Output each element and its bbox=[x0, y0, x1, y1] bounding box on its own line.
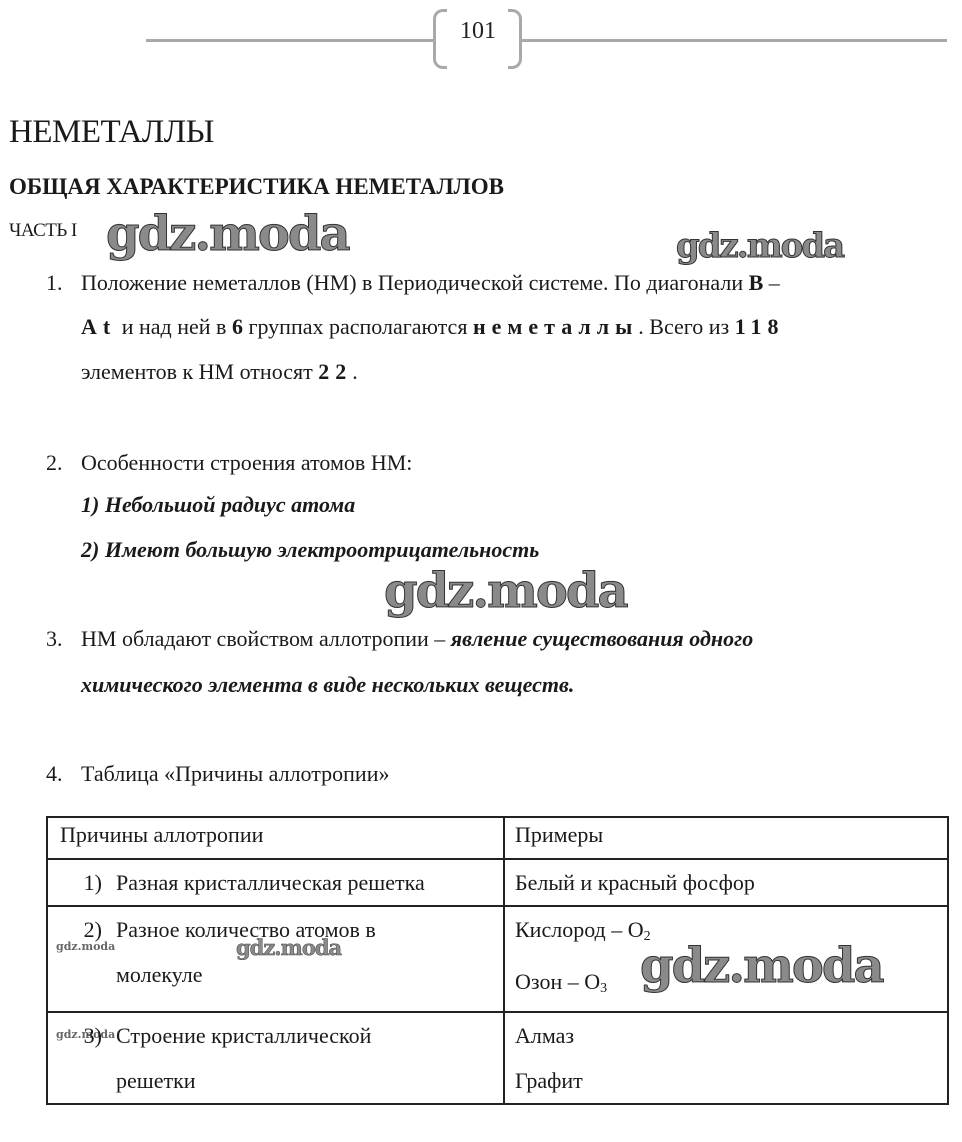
reason-cell: 3) Строение кристаллической решетки bbox=[47, 1012, 504, 1104]
page-title: НЕМЕТАЛЛЫ bbox=[9, 114, 214, 151]
header-rule-left bbox=[146, 39, 436, 42]
table-header-cell: Примеры bbox=[504, 817, 948, 859]
reason-cell: 1) Разная кристаллическая решетка bbox=[47, 859, 504, 906]
page-number-bracket-left bbox=[433, 9, 447, 69]
item1-line2: At и над ней в 6 группах располагаются н… bbox=[81, 314, 785, 340]
item-number: 1. bbox=[46, 270, 63, 296]
allotropy-table: Причины аллотропии Примеры 1) Разная кри… bbox=[46, 816, 949, 1105]
part-label: ЧАСТЬ I bbox=[9, 220, 77, 242]
watermark: gdz.moda bbox=[676, 226, 843, 266]
header-rule-right bbox=[521, 39, 947, 42]
item2-sub2: 2) Имеют большую электроотрицательность bbox=[81, 537, 539, 563]
page-number: 101 bbox=[447, 18, 509, 45]
table-header-cell: Причины аллотропии bbox=[47, 817, 504, 859]
reason-cell: 2) Разное количество атомов в молекуле bbox=[47, 906, 504, 1012]
table-header-row: Причины аллотропии Примеры bbox=[47, 817, 948, 859]
example-cell: Белый и красный фосфор bbox=[504, 859, 948, 906]
item2-sub1: 1) Небольшой радиус атома bbox=[81, 492, 355, 518]
example-cell: Алмаз Графит bbox=[504, 1012, 948, 1104]
table-row: 3) Строение кристаллической решетки Алма… bbox=[47, 1012, 948, 1104]
section-title: ОБЩАЯ ХАРАКТЕРИСТИКА НЕМЕТАЛЛОВ bbox=[9, 174, 504, 200]
item-number: 3. bbox=[46, 626, 63, 652]
page-number-bracket-right bbox=[508, 9, 522, 69]
item4-text: Таблица «Причины аллотропии» bbox=[81, 761, 389, 787]
item3-line1: НМ обладают свойством аллотропии – явлен… bbox=[81, 626, 753, 652]
watermark: gdz.moda bbox=[106, 206, 349, 262]
item-number: 2. bbox=[46, 450, 63, 476]
item3-line2: химического элемента в виде нескольких в… bbox=[81, 672, 574, 698]
item-number: 4. bbox=[46, 761, 63, 787]
watermark: gdz.moda bbox=[384, 563, 627, 619]
example-cell: Кислород – O2 Озон – O3 bbox=[504, 906, 948, 1012]
table-row: 1) Разная кристаллическая решетка Белый … bbox=[47, 859, 948, 906]
item2-text: Особенности строения атомов НМ: bbox=[81, 450, 412, 476]
item1-line1: Положение неметаллов (НМ) в Периодическо… bbox=[81, 270, 780, 296]
table-row: 2) Разное количество атомов в молекуле К… bbox=[47, 906, 948, 1012]
item1-line3: элементов к НМ относят 22. bbox=[81, 359, 358, 385]
